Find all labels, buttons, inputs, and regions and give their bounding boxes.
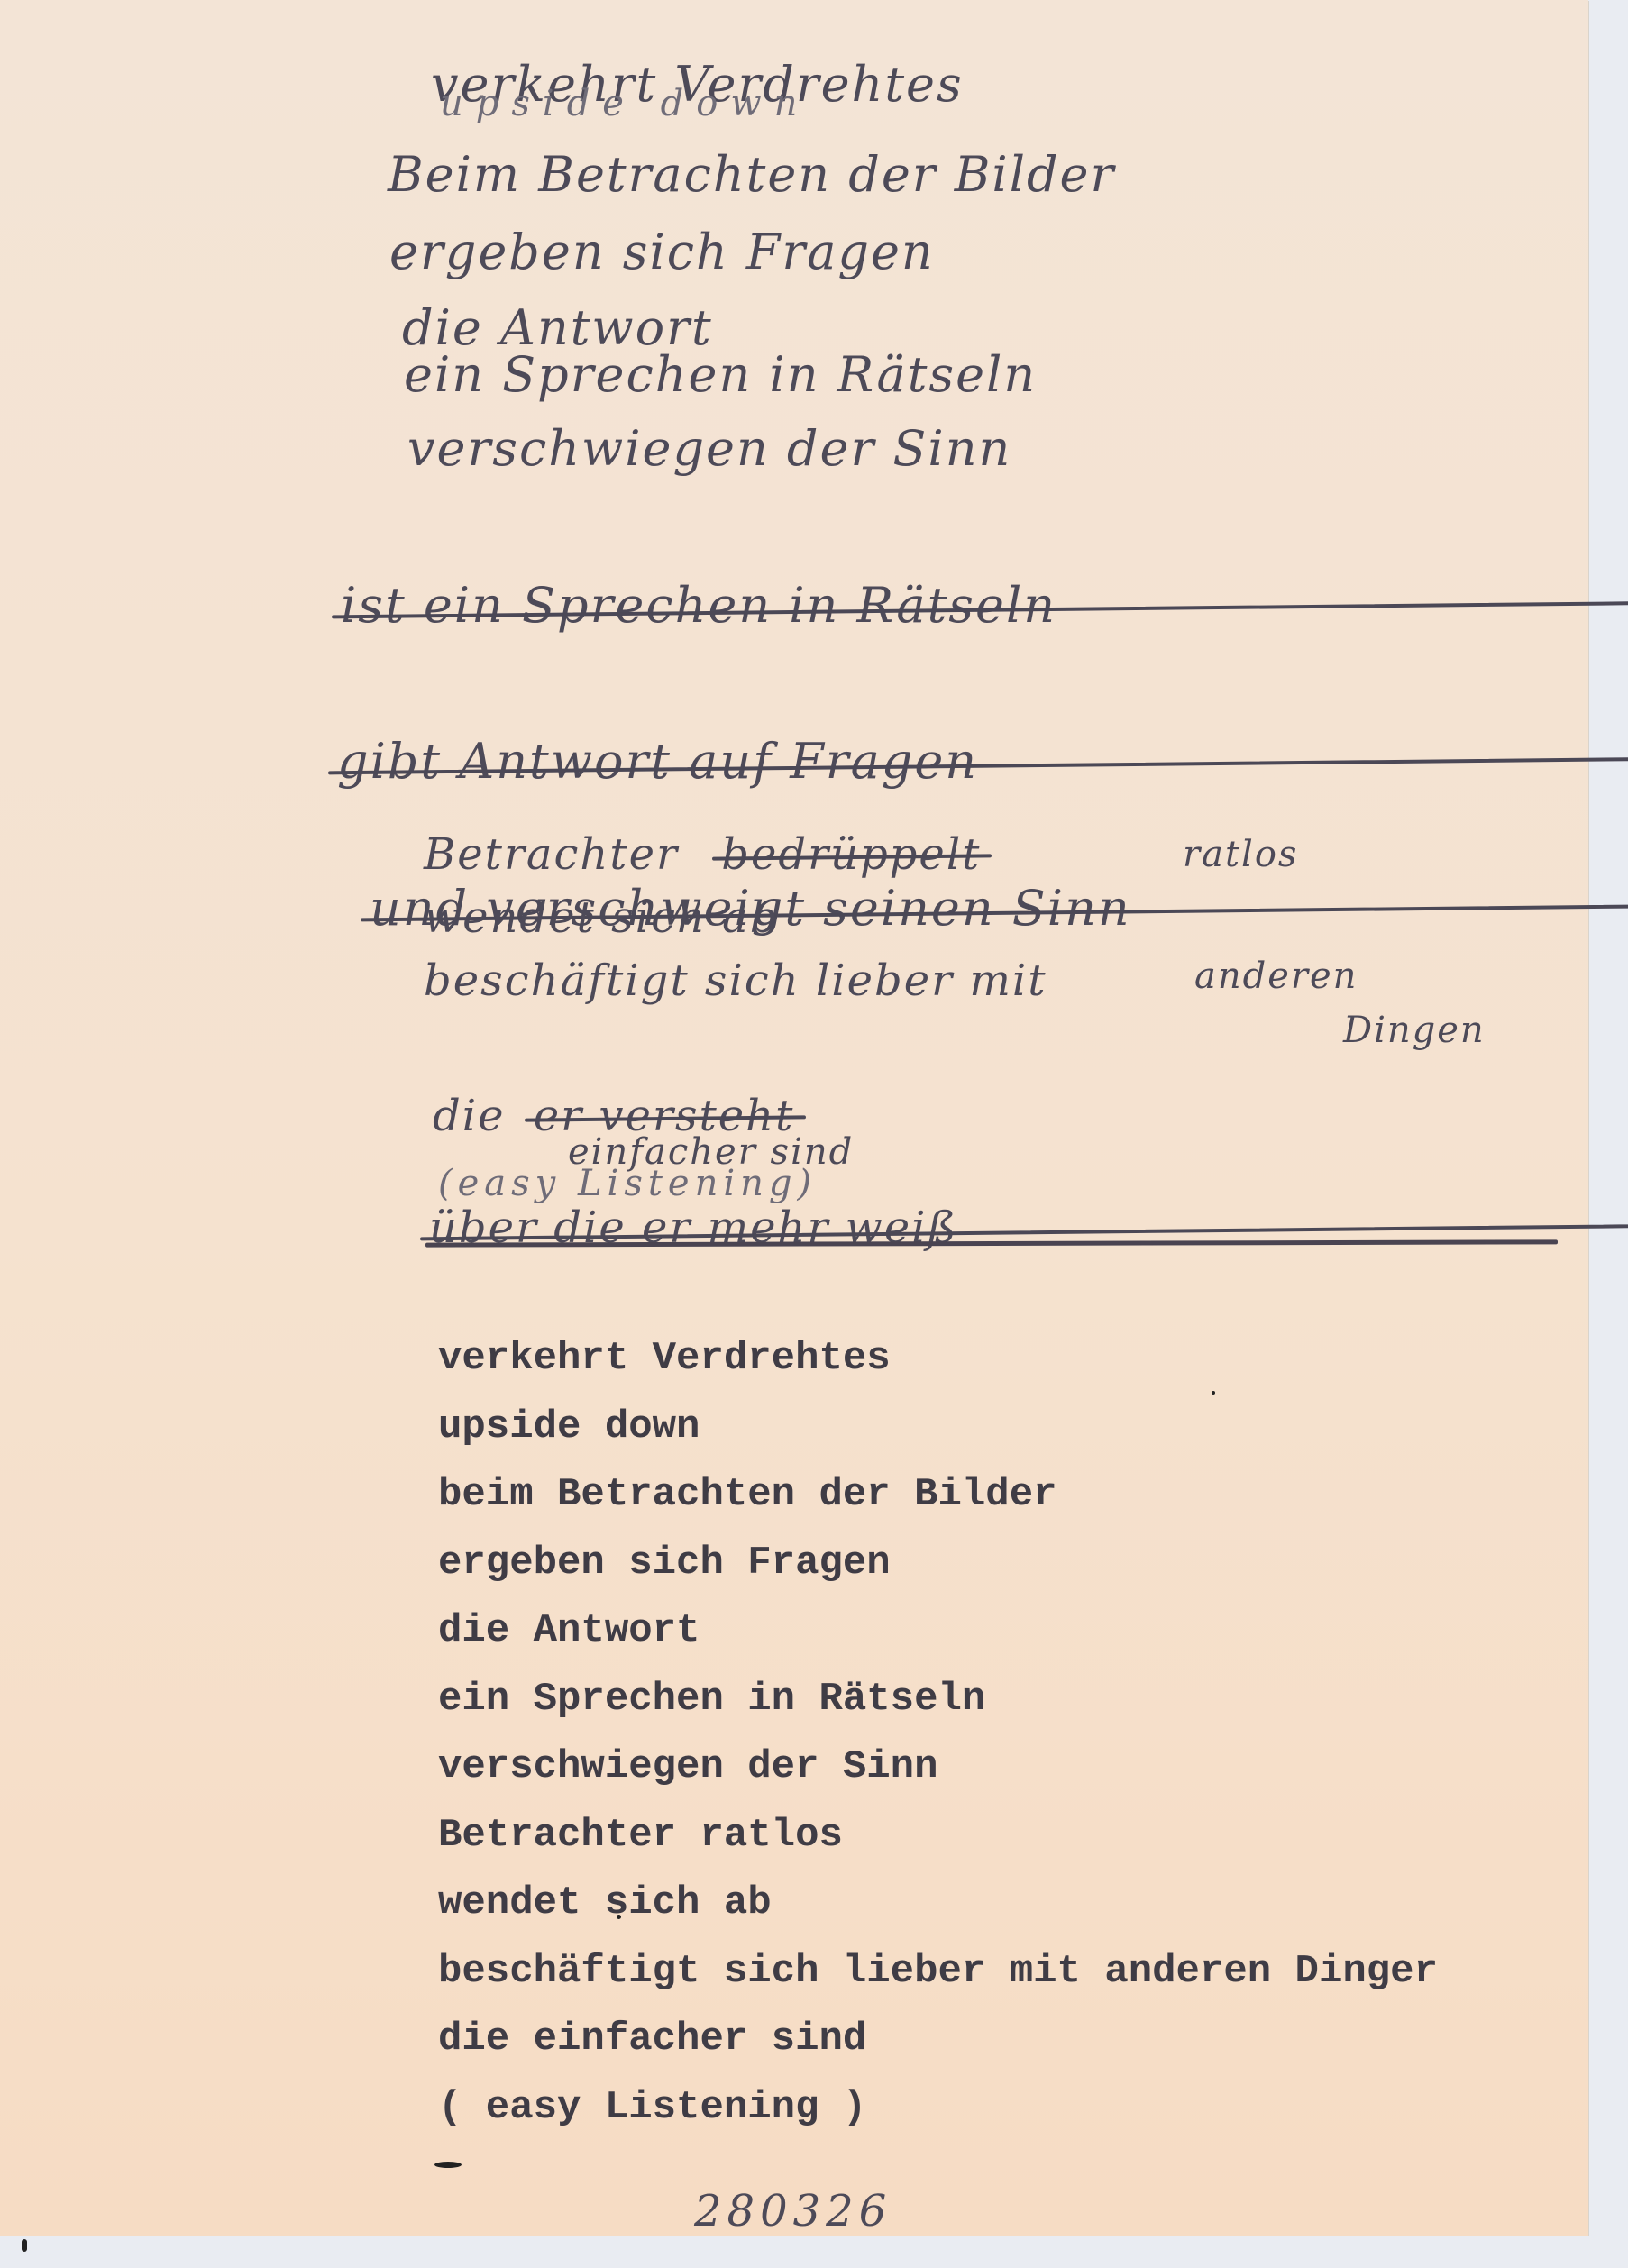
handwritten-line: wendet sich ab — [424, 892, 779, 943]
struck-line: gibt Antwort auf Fragen — [337, 733, 1628, 790]
typed-line: die einfacher sind — [438, 2006, 1438, 2074]
inserted-word: Dingen — [1343, 1010, 1486, 1051]
ink-speck — [617, 1915, 621, 1919]
struck-word: bedrüppelt — [721, 829, 981, 880]
handwritten-line: ein Sprechen in Rätseln — [404, 346, 1037, 403]
inserted-word: ratlos — [1183, 834, 1298, 875]
typed-line: ergeben sich Fragen — [438, 1530, 1438, 1598]
handwritten-line: Beim Betrachten der Bilder — [388, 146, 1115, 203]
typed-line: ( easy Listening ) — [438, 2074, 1438, 2143]
typed-line: ein Sprechen in Rätseln — [438, 1666, 1438, 1734]
ink-speck — [1212, 1391, 1215, 1395]
handwritten-line: ergeben sich Fragen — [389, 224, 935, 280]
handwritten-line: verschwiegen der Sinn — [407, 420, 1011, 477]
ink-speck — [434, 2162, 462, 2168]
revision-word: die — [433, 1091, 505, 1141]
handwritten-line: (easy Listening) — [438, 1163, 817, 1204]
handwritten-line: Betrachter bedrüppelt — [424, 829, 981, 880]
revision-word: Betrachter — [424, 829, 679, 880]
typed-line: upside down — [438, 1394, 1438, 1462]
handwritten-subtitle: upside down — [440, 83, 809, 124]
manuscript-page: verkehrt Verdrehtes upside down Beim Bet… — [0, 0, 1588, 2236]
typed-poem: verkehrt Verdrehtes upside down beim Bet… — [438, 1325, 1438, 2142]
typed-line: beim Betrachten der Bilder — [438, 1461, 1438, 1530]
ink-speck — [22, 2239, 27, 2252]
typed-line: Betrachter ratlos — [438, 1802, 1438, 1870]
inserted-word: anderen — [1194, 956, 1358, 997]
typed-line: die Antwort — [438, 1597, 1438, 1666]
typed-line: verkehrt Verdrehtes — [438, 1325, 1438, 1394]
typed-line: beschäftigt sich lieber mit anderen Ding… — [438, 1938, 1438, 2007]
struck-line: ist ein Sprechen in Rätseln — [341, 577, 1628, 634]
date-note: 280326 — [694, 2186, 892, 2236]
typed-line: wendet sich ab — [438, 1870, 1438, 1938]
handwritten-line: beschäftigt sich lieber mit — [424, 956, 1047, 1006]
typed-line: verschwiegen der Sinn — [438, 1733, 1438, 1802]
